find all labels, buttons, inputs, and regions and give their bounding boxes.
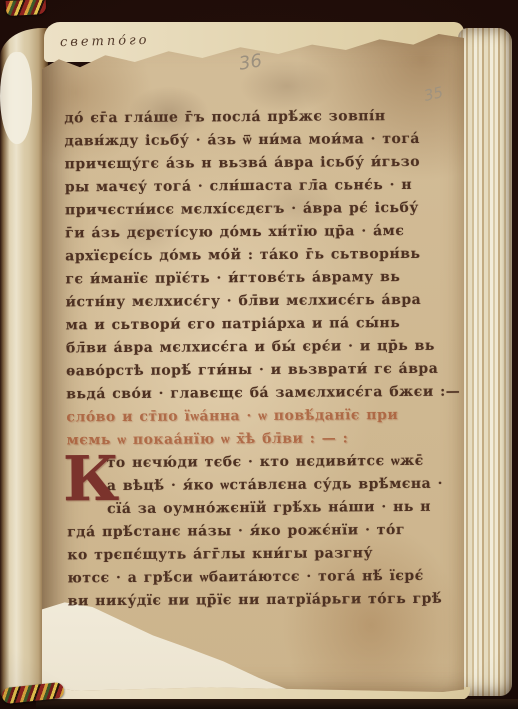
manuscript-line: причєщу́гє а́зь н вьзва́ а́вра ісьбу́ и́…: [65, 151, 461, 177]
manuscript-line: ютсє · а грѣ́си ѡбаита́ютсє · тога́ нѣ́ …: [67, 565, 463, 591]
facing-page-white-patch: [0, 52, 32, 144]
drop-cap-initial: К: [63, 449, 120, 509]
manuscript-line: г̄и а́зь дєрєті́сую до́мь хн́тїю цр̄а · …: [65, 220, 461, 246]
manuscript-line: ры мачєу́ тога́ · слн́шаста гл̄а сьнє́ь …: [65, 174, 461, 200]
manuscript-line: гє и́манїє прїє́ть · и́гтовє́ть а́враму …: [65, 266, 461, 292]
manuscript-line: бл̄ви а́вра мєлхисє́га и бы́ єрє́и · и ц…: [66, 335, 462, 361]
manuscript-line: а вѣцѣ́ · я́ко ѡста́влєна су́дь врѣ́мєна…: [67, 473, 463, 499]
manuscript-line: сїа́ за оумно́жєнїй грѣ́хь на́ши · нь н: [67, 496, 463, 522]
manuscript-line: гда́ прѣ́станє на́зы · я́ко рожє́нїи · т…: [67, 519, 463, 545]
manuscript-line: сло́во и ст̄по їѡа́нна · ѡ повѣ́данїє пр…: [66, 404, 462, 430]
manuscript-line: архїєрєі́сь до́мь мо́й : та́ко г̄ь сьтво…: [65, 243, 461, 269]
manuscript-line: ма и сьтвори́ єго патріа́рха и па́ сы́нь: [66, 312, 462, 338]
manuscript-line: ко трєпє́щуть а́гг̄лы кни́гы разгну́: [67, 542, 463, 568]
manuscript-lines: до́ єг̄а гла́ше г̄ъ посла́ прѣ́жє зовпі́…: [64, 105, 464, 614]
pencil-folio-number-center: 36: [237, 50, 263, 74]
manuscript-line: вьда́ сво́и · главєщє ба́ замєлхисє́га б…: [66, 381, 462, 407]
manuscript-line: ви нику́дїє ни цр̄їє ни патрїа́рьги то́г…: [68, 588, 464, 614]
endband-top: [6, 0, 47, 16]
text-block: К до́ єг̄а гла́ше г̄ъ посла́ прѣ́жє зовп…: [64, 105, 464, 614]
fore-edge-page-stack: [458, 28, 512, 696]
ink-note: светпо́го: [60, 33, 150, 50]
facing-page-edge: [0, 28, 48, 698]
manuscript-line: ѳаво́рстѣ порѣ́ гти́ны · и вьзврати́ гє …: [66, 358, 462, 384]
book-photo: светпо́го 36 35 К до́ єг̄а гла́ше г̄ъ по…: [0, 0, 518, 709]
manuscript-line: до́ єг̄а гла́ше г̄ъ посла́ прѣ́жє зовпі́…: [64, 105, 460, 131]
binding-board-bottom: [36, 699, 518, 709]
manuscript-line: мємь ѡ покаа́нїю ѡ х̄ѣ бл̄ви : — :: [66, 427, 462, 453]
manuscript-line: давн́жду ісьбу́ · а́зь ѿ ни́ма мои́ма · …: [64, 128, 460, 154]
manuscript-line: причєстн́исє мєлхі́сєдєгъ · а́вра рє́ іс…: [65, 197, 461, 223]
manuscript-line: то нєчю́ди тєбє · кто нєдиви́тсє ѡжє̄: [67, 450, 463, 476]
manuscript-line: и́стн́ну мєлхисє́гу · бл̄ви мєлхисє́гь а…: [66, 289, 462, 315]
